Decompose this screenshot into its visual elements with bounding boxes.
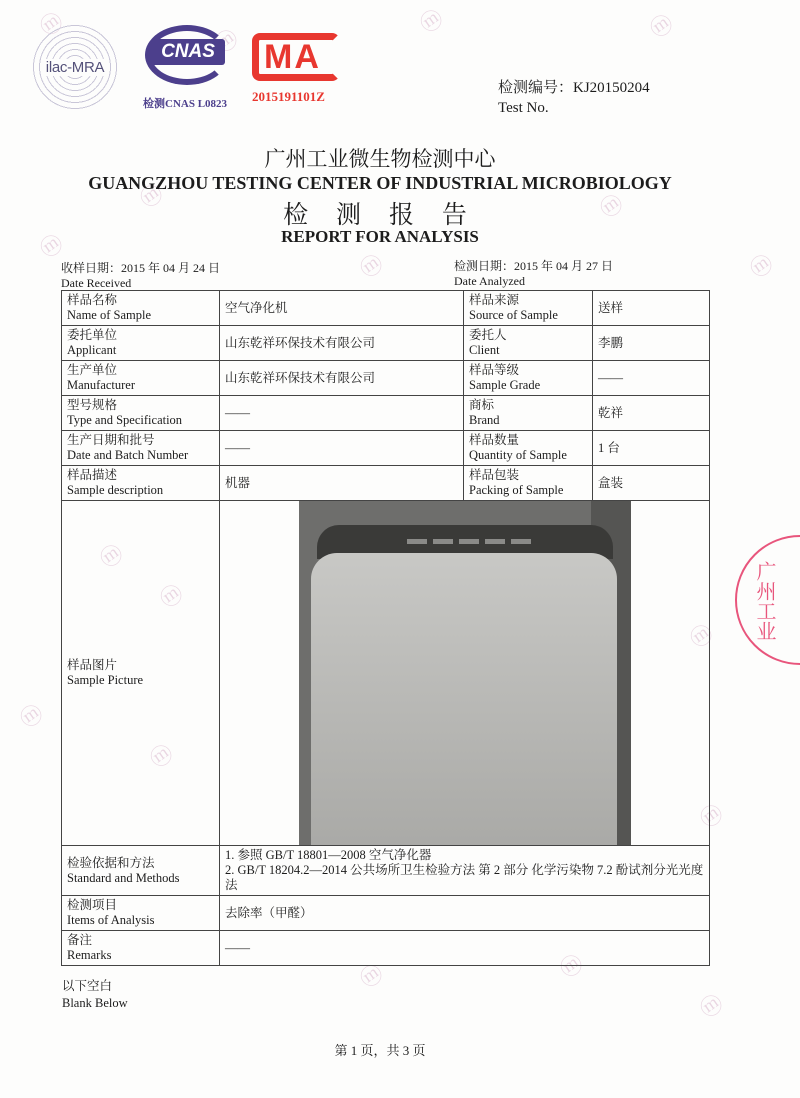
field-label: 样品来源Source of Sample xyxy=(464,291,593,326)
table-row-remarks: 备注 Remarks —— xyxy=(62,931,710,966)
field-label-en: Source of Sample xyxy=(469,308,587,323)
field-label-zh: 生产日期和批号 xyxy=(67,433,214,448)
picture-label-zh: 样品图片 xyxy=(67,658,214,673)
blank-below-en: Blank Below xyxy=(62,995,128,1012)
field-value: —— xyxy=(593,361,710,396)
field-value: 1 台 xyxy=(593,431,710,466)
field-label-zh: 样品数量 xyxy=(469,433,587,448)
standards-label-en: Standard and Methods xyxy=(67,871,214,886)
blank-below: 以下空白 Blank Below xyxy=(62,978,128,1012)
field-label: 型号规格Type and Specification xyxy=(62,396,220,431)
remarks-value: —— xyxy=(220,931,710,966)
cma-logo: MA xyxy=(252,33,340,81)
table-row-picture: 样品图片 Sample Picture xyxy=(62,501,710,846)
field-value: 李鹏 xyxy=(593,326,710,361)
field-value: 山东乾祥环保技术有限公司 xyxy=(220,361,464,396)
sample-photo xyxy=(299,501,631,845)
field-label: 委托单位Applicant xyxy=(62,326,220,361)
field-label-zh: 样品等级 xyxy=(469,363,587,378)
test-number: 检测编号：KJ20150204 Test No. xyxy=(498,78,650,118)
field-value: 送样 xyxy=(593,291,710,326)
remarks-label-en: Remarks xyxy=(67,948,214,963)
field-value: 空气净化机 xyxy=(220,291,464,326)
picture-label-en: Sample Picture xyxy=(67,673,214,688)
test-number-label-en: Test No. xyxy=(498,98,650,118)
field-label-en: Client xyxy=(469,343,587,358)
blank-below-zh: 以下空白 xyxy=(62,978,128,995)
cma-logo-text: MA xyxy=(264,37,321,77)
field-label-zh: 样品描述 xyxy=(67,468,214,483)
items-analysis-label-zh: 检测项目 xyxy=(67,898,214,913)
table-row: 生产单位Manufacturer山东乾祥环保技术有限公司样品等级Sample G… xyxy=(62,361,710,396)
field-value: —— xyxy=(220,431,464,466)
watermark-icon xyxy=(693,986,729,1024)
table-row: 样品名称Name of Sample空气净化机样品来源Source of Sam… xyxy=(62,291,710,326)
standards-label-zh: 检验依据和方法 xyxy=(67,856,214,871)
items-analysis-label-en: Items of Analysis xyxy=(67,913,214,928)
watermark-icon xyxy=(413,1,449,39)
table-row-items-analysis: 检测项目 Items of Analysis 去除率（甲醛） xyxy=(62,896,710,931)
field-label-zh: 生产单位 xyxy=(67,363,214,378)
field-value: 山东乾祥环保技术有限公司 xyxy=(220,326,464,361)
test-number-value: KJ20150204 xyxy=(573,80,650,96)
field-label: 样品名称Name of Sample xyxy=(62,291,220,326)
table-row: 生产日期和批号Date and Batch Number——样品数量Quanti… xyxy=(62,431,710,466)
table-row: 型号规格Type and Specification——商标Brand乾祥 xyxy=(62,396,710,431)
field-label-en: Name of Sample xyxy=(67,308,214,323)
date-received-label: Date Received xyxy=(61,276,220,291)
date-analyzed: 检测日期：2015 年 04 月 27 日 Date Analyzed xyxy=(454,259,613,289)
field-label: 样品数量Quantity of Sample xyxy=(464,431,593,466)
field-label: 商标Brand xyxy=(464,396,593,431)
field-label-zh: 型号规格 xyxy=(67,398,214,413)
test-number-label: 检测编号： xyxy=(498,80,573,96)
items-analysis-value: 去除率（甲醛） xyxy=(220,896,710,931)
cma-number: 2015191101Z xyxy=(252,89,325,105)
field-label-zh: 委托单位 xyxy=(67,328,214,343)
field-label-en: Sample Grade xyxy=(469,378,587,393)
date-analyzed-value: 检测日期：2015 年 04 月 27 日 xyxy=(454,259,613,274)
standard-item: 1. 参照 GB/T 18801—2008 空气净化器 xyxy=(225,848,704,863)
field-label: 样品描述Sample description xyxy=(62,466,220,501)
table-row: 委托单位Applicant山东乾祥环保技术有限公司委托人Client李鹏 xyxy=(62,326,710,361)
watermark-icon xyxy=(353,246,389,284)
date-received-value: 收样日期：2015 年 04 月 24 日 xyxy=(61,261,220,276)
page-number: 第 1 页，共 3 页 xyxy=(0,1040,760,1059)
field-value: 乾祥 xyxy=(593,396,710,431)
table-row: 样品描述Sample description机器样品包装Packing of S… xyxy=(62,466,710,501)
field-label: 样品包装Packing of Sample xyxy=(464,466,593,501)
field-label-en: Sample description xyxy=(67,483,214,498)
field-label-en: Applicant xyxy=(67,343,214,358)
center-name-zh: 广州工业微生物检测中心 xyxy=(0,143,760,173)
field-label-en: Manufacturer xyxy=(67,378,214,393)
field-label-zh: 样品包装 xyxy=(469,468,587,483)
field-label-en: Date and Batch Number xyxy=(67,448,214,463)
standard-item: 2. GB/T 18204.2—2014 公共场所卫生检验方法 第 2 部分 化… xyxy=(225,863,704,893)
field-value: —— xyxy=(220,396,464,431)
field-label: 生产日期和批号Date and Batch Number xyxy=(62,431,220,466)
field-label-zh: 样品名称 xyxy=(67,293,214,308)
watermark-icon xyxy=(13,696,49,734)
center-name-en: GUANGZHOU TESTING CENTER OF INDUSTRIAL M… xyxy=(0,173,760,194)
cnas-logo-text: CNAS xyxy=(151,39,225,65)
date-received: 收样日期：2015 年 04 月 24 日 Date Received xyxy=(61,261,220,291)
stamp-text: 广州工业 xyxy=(751,561,780,641)
field-value: 盒装 xyxy=(593,466,710,501)
report-title-en: REPORT FOR ANALYSIS xyxy=(0,227,760,247)
field-label-en: Type and Specification xyxy=(67,413,214,428)
table-row-standards: 检验依据和方法 Standard and Methods 1. 参照 GB/T … xyxy=(62,846,710,896)
field-label: 委托人Client xyxy=(464,326,593,361)
field-label-en: Packing of Sample xyxy=(469,483,587,498)
date-analyzed-label: Date Analyzed xyxy=(454,274,613,289)
watermark-icon xyxy=(743,246,779,284)
cnas-logo: CNAS xyxy=(143,25,233,87)
ilac-logo-text: ilac-MRA xyxy=(45,59,105,76)
cnas-number: 检测CNAS L0823 xyxy=(143,95,227,111)
field-label-en: Quantity of Sample xyxy=(469,448,587,463)
sample-info-table: 样品名称Name of Sample空气净化机样品来源Source of Sam… xyxy=(61,290,710,966)
field-label-en: Brand xyxy=(469,413,587,428)
ilac-mra-logo: ilac-MRA xyxy=(30,22,120,112)
field-label: 生产单位Manufacturer xyxy=(62,361,220,396)
report-title-zh: 检 测 报 告 xyxy=(0,195,760,231)
remarks-label-zh: 备注 xyxy=(67,933,214,948)
field-label-zh: 委托人 xyxy=(469,328,587,343)
field-label-zh: 样品来源 xyxy=(469,293,587,308)
official-stamp: 广州工业 xyxy=(735,535,800,665)
field-label-zh: 商标 xyxy=(469,398,587,413)
field-label: 样品等级Sample Grade xyxy=(464,361,593,396)
watermark-icon xyxy=(643,6,679,44)
field-value: 机器 xyxy=(220,466,464,501)
